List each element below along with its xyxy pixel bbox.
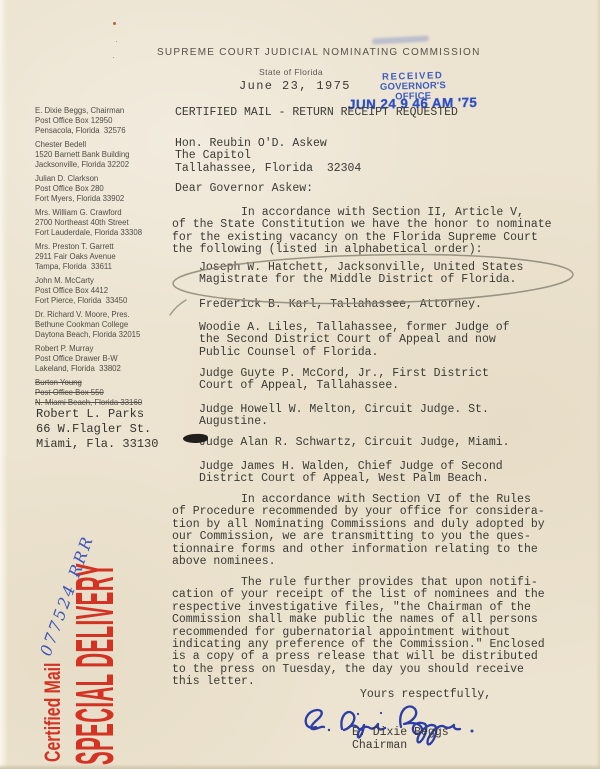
nominee-schwartz: Judge Alan R. Schwartz, Circuit Judge, M… bbox=[199, 437, 510, 449]
nominee-hatchett: Joseph W. Hatchett, Jacksonville, United… bbox=[199, 262, 523, 287]
paragraph-press-release: The rule further provides that upon noti… bbox=[172, 577, 545, 689]
letterhead-member-list: E. Dixie Beggs, Chairman Post Office Box… bbox=[35, 106, 173, 412]
nominee-walden: Judge James H. Walden, Chief Judge of Se… bbox=[199, 461, 503, 486]
member-entry: Mrs. Preston T. Garrett 2911 Fair Oaks A… bbox=[35, 242, 173, 272]
certified-mail-line: CERTIFIED MAIL - RETURN RECEIPT REQUESTE… bbox=[175, 107, 458, 119]
closing-phrase: Yours respectfully, bbox=[360, 689, 491, 701]
signer-title-typed: Chairman bbox=[352, 740, 407, 752]
nominee-mccord: Judge Guyte P. McCord, Jr., First Distri… bbox=[199, 368, 489, 393]
nominee-liles: Woodie A. Liles, Tallahassee, former Jud… bbox=[199, 322, 510, 359]
nominee-melton: Judge Howell W. Melton, Circuit Judge. S… bbox=[199, 404, 489, 429]
salutation: Dear Governor Askew: bbox=[175, 183, 313, 195]
paper-speck bbox=[113, 22, 116, 25]
recipient-address: Hon. Reubin O'D. Askew The Capitol Talla… bbox=[175, 138, 361, 175]
certified-mail-text: Certified Mail bbox=[44, 663, 62, 762]
nominee-karl: Frederick B. Karl, Tallahassee, Attorney… bbox=[199, 299, 482, 311]
ink-smudge bbox=[372, 36, 429, 45]
scan-edge-left bbox=[0, 0, 8, 769]
scan-edge-right bbox=[596, 0, 600, 769]
paragraph-rules: In accordance with Section VI of the Rul… bbox=[172, 494, 545, 568]
letterhead-subtitle: State of Florida bbox=[259, 67, 323, 77]
member-entry: E. Dixie Beggs, Chairman Post Office Box… bbox=[35, 106, 173, 136]
member-entry: Dr. Richard V. Moore, Pres. Bethune Cook… bbox=[35, 310, 173, 340]
member-entry: Chester Bedell 1520 Barnett Bank Buildin… bbox=[35, 140, 173, 170]
member-entry: Robert P. Murray Post Office Drawer B-W … bbox=[35, 344, 173, 374]
letterhead-org-title: SUPREME COURT JUDICIAL NOMINATING COMMIS… bbox=[157, 47, 481, 58]
member-entry: Julian D. Clarkson Post Office Box 280 F… bbox=[35, 174, 173, 204]
member-entry: Mrs. William G. Crawford 2700 Northeast … bbox=[35, 208, 173, 238]
letter-date: June 23, 1975 bbox=[239, 79, 351, 93]
signer-name-typed: E. Dixie Beggs bbox=[352, 727, 449, 739]
scanned-letter-page: SUPREME COURT JUDICIAL NOMINATING COMMIS… bbox=[0, 0, 600, 769]
paragraph-intro: In accordance with Section II, Article V… bbox=[172, 207, 552, 257]
member-entry: John M. McCarty Post Office Box 4412 For… bbox=[35, 276, 173, 306]
member-entry-typed-addendum: Robert L. Parks 66 W.Flagler St. Miami, … bbox=[36, 407, 158, 452]
special-delivery-text: SPECIAL DELIVERY bbox=[74, 563, 116, 765]
member-entry-struck-out: Burton Young Post Office Box 550 N. Miam… bbox=[35, 378, 173, 408]
